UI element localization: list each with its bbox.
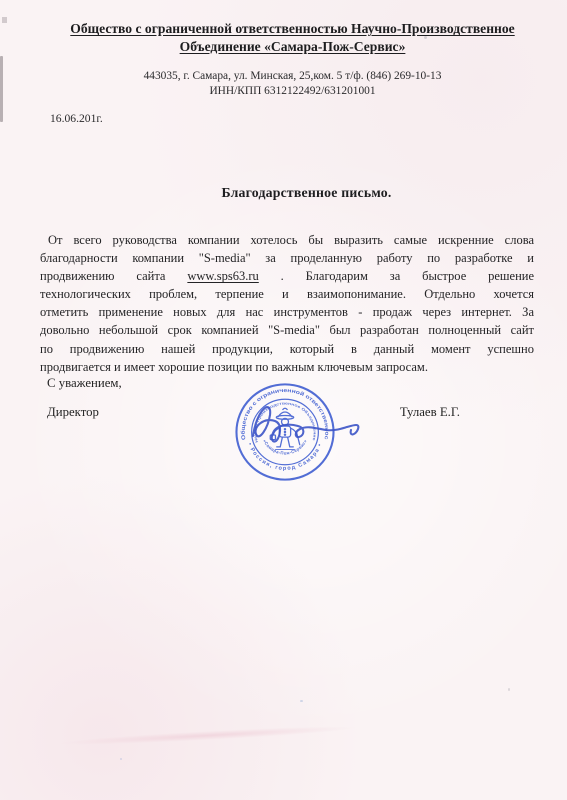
company-inn-kpp: ИНН/КПП 6312122492/631201001 xyxy=(40,84,545,99)
body-line: по продвижению нашей продукции, который … xyxy=(40,340,534,358)
signer-position: Директор xyxy=(47,405,99,420)
company-address: 443035, г. Самара, ул. Минская, 25,ком. … xyxy=(40,69,545,84)
body-line: продвигается и имеет хорошие позиции по … xyxy=(40,358,534,376)
handwritten-signature xyxy=(239,394,365,456)
scan-speck xyxy=(508,688,510,691)
body-line-with-link: продвижению сайта www.sps63.ru . Благода… xyxy=(40,267,534,285)
scan-pink-streak xyxy=(58,723,358,748)
company-contacts: 443035, г. Самара, ул. Минская, 25,ком. … xyxy=(40,69,545,98)
signature-stroke xyxy=(253,407,358,441)
body-text-segment: продвижению сайта xyxy=(40,269,165,283)
scan-edge-artifact xyxy=(0,56,3,122)
letter-title: Благодарственное письмо. xyxy=(0,185,567,201)
company-name-header: Общество с ограниченной ответственностью… xyxy=(40,20,545,55)
scan-speck xyxy=(424,36,427,39)
body-text-segment: . Благодарим за быстрое решение xyxy=(281,269,534,283)
body-line: технологических проблем, терпение и взаи… xyxy=(40,285,534,303)
body-line: отметить применение новых для нас инстру… xyxy=(40,303,534,321)
body-line: довольно небольшой срок компанией "S-med… xyxy=(40,321,534,339)
scan-speck xyxy=(300,700,303,702)
company-name-line1: Общество с ограниченной ответственностью… xyxy=(40,20,545,38)
company-name-line2: Объединение «Самара-Пож-Сервис» xyxy=(40,38,545,56)
closing-salutation: С уважением, xyxy=(47,376,122,391)
body-line: благодарности компании "S-media" за прод… xyxy=(40,249,534,267)
body-line: От всего руководства компании хотелось б… xyxy=(40,231,534,249)
website-link-text: www.sps63.ru xyxy=(187,269,258,283)
scan-corner-artifact xyxy=(2,17,7,23)
letter-date: 16.06.201г. xyxy=(50,112,103,125)
scanned-letter-page: Общество с ограниченной ответственностью… xyxy=(0,0,567,800)
letter-body: От всего руководства компании хотелось б… xyxy=(40,231,534,376)
signer-name: Тулаев Е.Г. xyxy=(400,405,460,420)
scan-speck xyxy=(120,758,122,760)
